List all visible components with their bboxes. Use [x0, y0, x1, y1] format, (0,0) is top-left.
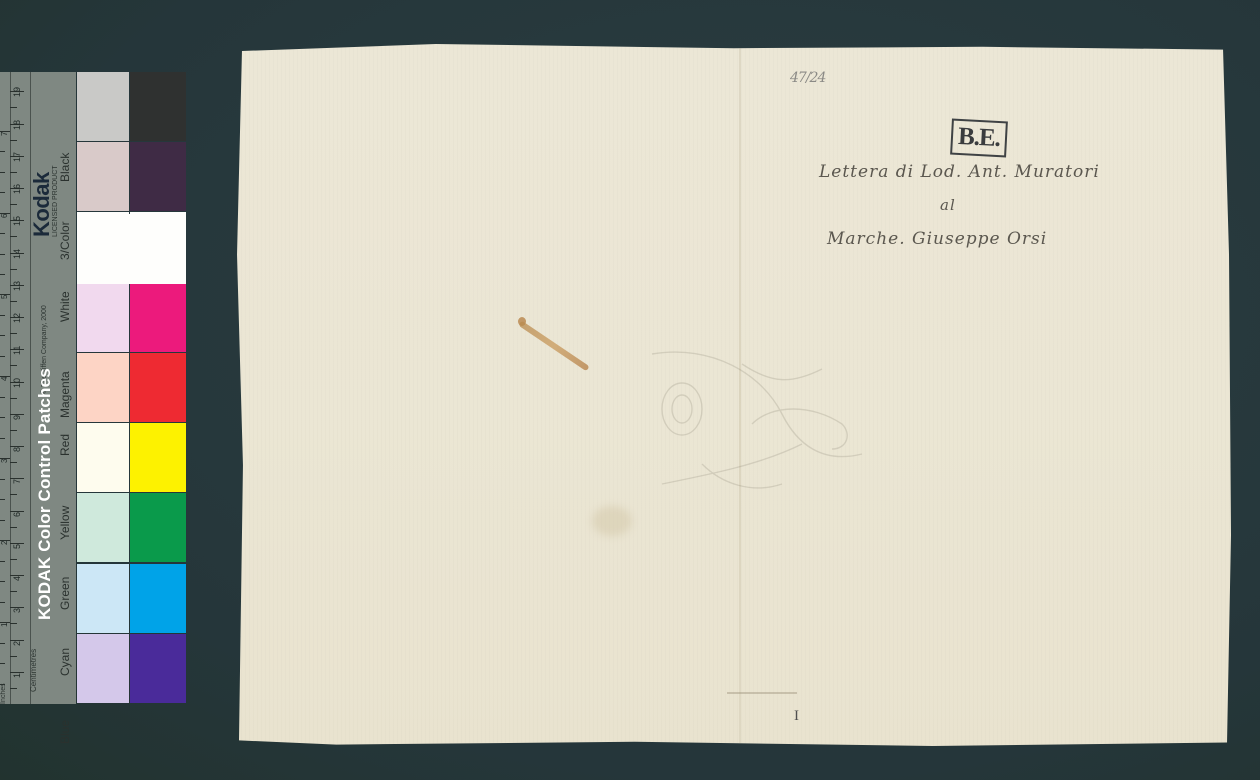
inches-label: Inches: [0, 683, 7, 704]
patch-light-yellow: [77, 423, 129, 492]
white-patch: [77, 214, 186, 284]
inscription-line-3: Marche. Giuseppe Orsi: [827, 229, 1047, 249]
half-cm-tick: [10, 365, 17, 366]
cm-tick-label: 6: [12, 512, 22, 517]
document-page: 47/24 B.E. Lettera di Lod. Ant. Muratori…: [237, 44, 1231, 746]
quarter-inch-tick: [0, 151, 5, 152]
half-cm-tick: [10, 172, 17, 173]
quarter-inch-tick: [0, 192, 5, 193]
quarter-inch-tick: [0, 254, 5, 255]
half-cm-tick: [10, 333, 17, 334]
patch-light-green: [77, 493, 129, 562]
quarter-inch-tick: [0, 397, 5, 398]
inch-tick-label: 2: [0, 541, 9, 545]
quarter-inch-tick: [0, 274, 5, 275]
half-cm-tick: [10, 269, 17, 270]
quarter-inch-tick: [0, 581, 5, 582]
quarter-inch-tick: [0, 561, 5, 562]
quarter-inch-tick: [0, 643, 5, 644]
ink-stain: [518, 321, 589, 372]
inscription-line-2: al: [940, 196, 956, 214]
patch-label-3color: 3/Color: [58, 221, 72, 260]
patch-light-cyan: [77, 564, 129, 633]
stamp-text: B.E.: [957, 123, 1000, 153]
patch-label-cyan: Cyan: [58, 648, 72, 676]
patch-label-white: White: [58, 291, 72, 322]
inch-tick-label: 6: [0, 213, 9, 217]
cm-tick-label: 13: [12, 281, 22, 291]
cm-tick-label: 17: [12, 152, 22, 162]
half-cm-tick: [10, 656, 17, 657]
inch-tick-label: 4: [0, 377, 9, 381]
quarter-inch-tick: [0, 356, 5, 357]
patch-dark-green: [130, 493, 186, 562]
bottom-crease: [727, 692, 797, 694]
cm-tick-label: 4: [12, 576, 22, 581]
watermark-icon: [622, 334, 872, 504]
cm-tick-label: 2: [12, 640, 22, 645]
patch-dark-cyan: [130, 564, 186, 633]
patch-dark-black: [130, 72, 186, 141]
inch-tick-label: 7: [0, 131, 9, 135]
half-cm-tick: [10, 462, 17, 463]
quarter-inch-tick: [0, 438, 5, 439]
patch-label-yellow: Yellow: [58, 506, 72, 540]
patch-light-magenta: [77, 283, 129, 352]
inch-tick-label: 5: [0, 295, 9, 299]
half-cm-tick: [10, 688, 17, 689]
patch-dark-3color: [130, 142, 186, 211]
inch-tick-label: 1: [0, 623, 9, 627]
quarter-inch-tick: [0, 417, 5, 418]
patch-dark-magenta: [130, 283, 186, 352]
library-stamp: B.E.: [950, 119, 1008, 158]
target-title: KODAK Color Control Patches: [35, 368, 55, 620]
half-cm-tick: [10, 301, 17, 302]
cm-tick-label: 10: [12, 378, 22, 388]
quarter-inch-tick: [0, 602, 5, 603]
cm-tick-label: 1: [12, 673, 22, 678]
half-cm-tick: [10, 204, 17, 205]
kodak-color-target: 123456789101112131415161718191234567 Kod…: [0, 72, 188, 704]
quarter-inch-tick: [0, 172, 5, 173]
patch-label-magenta: Magenta: [58, 371, 72, 418]
quarter-inch-tick: [0, 499, 5, 500]
cm-tick-label: 9: [12, 415, 22, 420]
folio-number: I: [794, 708, 799, 725]
quarter-inch-tick: [0, 233, 5, 234]
half-cm-tick: [10, 107, 17, 108]
cm-tick-label: 7: [12, 479, 22, 484]
cm-tick-label: 19: [12, 87, 22, 97]
patch-light-blue: [77, 634, 129, 703]
cm-tick-label: 14: [12, 249, 22, 259]
patch-light-black: [77, 72, 129, 141]
quarter-inch-tick: [0, 520, 5, 521]
cm-tick-label: 18: [12, 120, 22, 130]
patch-label-black: Black: [58, 153, 72, 182]
half-cm-tick: [10, 591, 17, 592]
half-cm-tick: [10, 527, 17, 528]
inch-tick-label: 3: [0, 459, 9, 463]
half-cm-tick: [10, 494, 17, 495]
patch-label-red: Red: [58, 434, 72, 456]
cm-tick-label: 11: [12, 346, 22, 355]
quarter-inch-tick: [0, 335, 5, 336]
paper-smudge: [592, 506, 632, 536]
patch-label-green: Green: [58, 577, 72, 610]
patch-label-blue: Blue: [58, 720, 72, 744]
patch-light-red: [77, 353, 129, 422]
ruler: 123456789101112131415161718191234567 Kod…: [0, 72, 76, 704]
half-cm-tick: [10, 430, 17, 431]
shelfmark: 47/24: [790, 70, 825, 86]
centimetres-label: Centimetres: [29, 649, 38, 692]
quarter-inch-tick: [0, 663, 5, 664]
half-cm-tick: [10, 236, 17, 237]
half-cm-tick: [10, 398, 17, 399]
patch-dark-blue: [130, 634, 186, 703]
quarter-inch-tick: [0, 315, 5, 316]
cm-tick-label: 15: [12, 216, 22, 226]
patch-light-3color: [77, 142, 129, 211]
half-cm-tick: [10, 559, 17, 560]
cm-tick-label: 8: [12, 447, 22, 452]
cm-tick-label: 3: [12, 608, 22, 613]
dark-patch-column: [130, 72, 186, 704]
cm-tick-label: 16: [12, 184, 22, 194]
quarter-inch-tick: [0, 479, 5, 480]
cm-tick-label: 5: [12, 544, 22, 549]
light-patch-column: [77, 72, 129, 704]
patch-dark-red: [130, 353, 186, 422]
patch-dark-yellow: [130, 423, 186, 492]
half-cm-tick: [10, 140, 17, 141]
half-cm-tick: [10, 623, 17, 624]
inscription-line-1: Lettera di Lod. Ant. Muratori: [819, 162, 1100, 182]
cm-tick-label: 12: [12, 313, 22, 323]
